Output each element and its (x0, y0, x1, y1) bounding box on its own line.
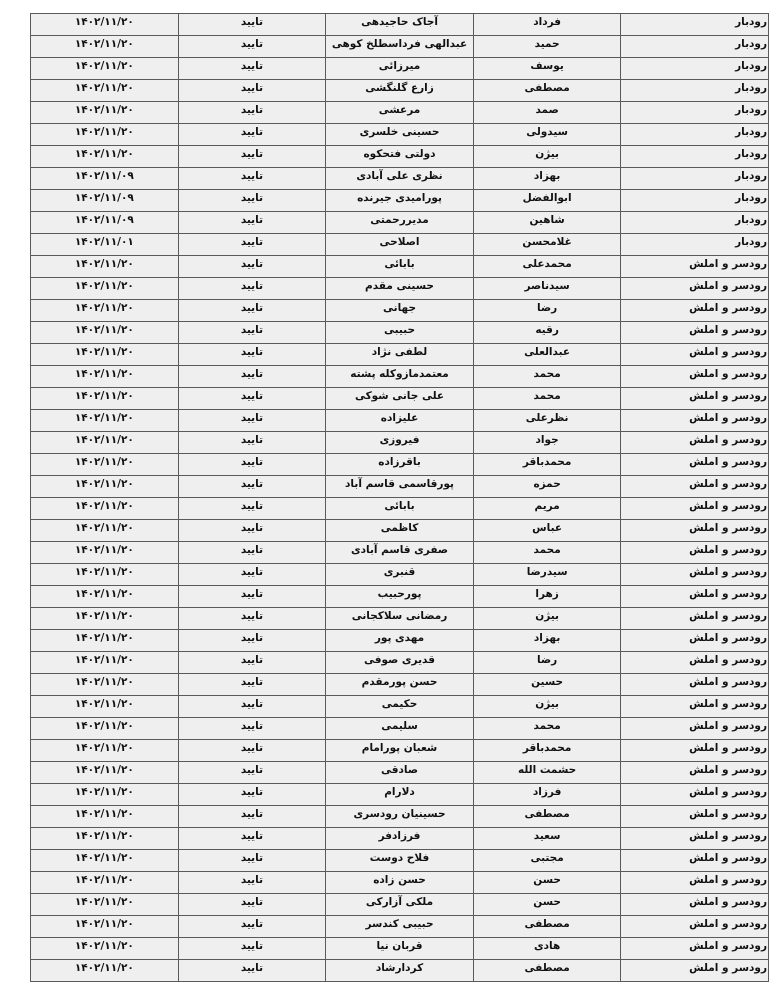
region-cell: رودسر و املش (621, 322, 769, 344)
date-cell: ۱۴۰۲/۱۱/۲۰ (31, 278, 179, 300)
region-cell: رودسر و املش (621, 828, 769, 850)
table-row: رودسر و املشزهراپورحبیبتایید۱۴۰۲/۱۱/۲۰ (31, 586, 769, 608)
last-name-cell: باقرزاده (326, 454, 474, 476)
first-name-cell: مصطفی (473, 916, 621, 938)
region-cell: رودبار (621, 102, 769, 124)
table-row: رودسر و املشسعیدفرزادفرتایید۱۴۰۲/۱۱/۲۰ (31, 828, 769, 850)
status-cell: تایید (178, 696, 326, 718)
status-cell: تایید (178, 828, 326, 850)
last-name-cell: قدیری صوفی (326, 652, 474, 674)
status-cell: تایید (178, 146, 326, 168)
last-name-cell: قربان نیا (326, 938, 474, 960)
table-row: رودبارفردادآجاک حاجیدهیتایید۱۴۰۲/۱۱/۲۰ (31, 14, 769, 36)
last-name-cell: فیروزی (326, 432, 474, 454)
first-name-cell: حسین (473, 674, 621, 696)
date-cell: ۱۴۰۲/۱۱/۲۰ (31, 102, 179, 124)
date-cell: ۱۴۰۲/۱۱/۲۰ (31, 146, 179, 168)
first-name-cell: سیدرضا (473, 564, 621, 586)
first-name-cell: شاهین (473, 212, 621, 234)
date-cell: ۱۴۰۲/۱۱/۲۰ (31, 124, 179, 146)
status-cell: تایید (178, 234, 326, 256)
region-cell: رودبار (621, 234, 769, 256)
region-cell: رودسر و املش (621, 564, 769, 586)
first-name-cell: محمدباقر (473, 740, 621, 762)
region-cell: رودسر و املش (621, 498, 769, 520)
first-name-cell: فرداد (473, 14, 621, 36)
table-row: رودسر و املشمحمدعلی جانی شوکیتایید۱۴۰۲/۱… (31, 388, 769, 410)
status-cell: تایید (178, 608, 326, 630)
last-name-cell: عبدالهی فرداسطلخ کوهی (326, 36, 474, 58)
region-cell: رودبار (621, 190, 769, 212)
date-cell: ۱۴۰۲/۱۱/۲۰ (31, 300, 179, 322)
region-cell: رودبار (621, 14, 769, 36)
date-cell: ۱۴۰۲/۱۱/۲۰ (31, 256, 179, 278)
status-cell: تایید (178, 432, 326, 454)
first-name-cell: ابوالفضل (473, 190, 621, 212)
last-name-cell: شعبان پورامام (326, 740, 474, 762)
status-cell: تایید (178, 850, 326, 872)
status-cell: تایید (178, 278, 326, 300)
region-cell: رودسر و املش (621, 740, 769, 762)
first-name-cell: مجتبی (473, 850, 621, 872)
table-row: رودسر و املشبیژنرمضانی سلاکجانیتایید۱۴۰۲… (31, 608, 769, 630)
status-cell: تایید (178, 894, 326, 916)
last-name-cell: حبیبی کندسر (326, 916, 474, 938)
region-cell: رودسر و املش (621, 300, 769, 322)
status-cell: تایید (178, 652, 326, 674)
date-cell: ۱۴۰۲/۱۱/۲۰ (31, 630, 179, 652)
first-name-cell: محمدباقر (473, 454, 621, 476)
date-cell: ۱۴۰۲/۱۱/۰۹ (31, 212, 179, 234)
status-cell: تایید (178, 740, 326, 762)
table-row: رودسر و املشرضاجهانیتایید۱۴۰۲/۱۱/۲۰ (31, 300, 769, 322)
last-name-cell: دولتی فتحکوه (326, 146, 474, 168)
date-cell: ۱۴۰۲/۱۱/۲۰ (31, 696, 179, 718)
date-cell: ۱۴۰۲/۱۱/۲۰ (31, 432, 179, 454)
date-cell: ۱۴۰۲/۱۱/۲۰ (31, 916, 179, 938)
table-row: رودسر و املشهادیقربان نیاتایید۱۴۰۲/۱۱/۲۰ (31, 938, 769, 960)
region-cell: رودسر و املش (621, 256, 769, 278)
table-row: رودسر و املشبهزادمهدی پورتایید۱۴۰۲/۱۱/۲۰ (31, 630, 769, 652)
status-cell: تایید (178, 916, 326, 938)
status-cell: تایید (178, 674, 326, 696)
last-name-cell: حسینی خلسری (326, 124, 474, 146)
region-cell: رودسر و املش (621, 674, 769, 696)
status-cell: تایید (178, 388, 326, 410)
status-cell: تایید (178, 872, 326, 894)
table-row: رودسر و املشحسنملکی آزارکیتایید۱۴۰۲/۱۱/۲… (31, 894, 769, 916)
last-name-cell: حسن زاده (326, 872, 474, 894)
table-row: رودسر و املشمحمدصفری قاسم آبادیتایید۱۴۰۲… (31, 542, 769, 564)
last-name-cell: علی جانی شوکی (326, 388, 474, 410)
first-name-cell: مصطفی (473, 960, 621, 982)
status-cell: تایید (178, 212, 326, 234)
first-name-cell: عباس (473, 520, 621, 542)
first-name-cell: جواد (473, 432, 621, 454)
status-cell: تایید (178, 322, 326, 344)
table-row: رودسر و املشحمزهپورقاسمی قاسم آبادتایید۱… (31, 476, 769, 498)
date-cell: ۱۴۰۲/۱۱/۲۰ (31, 828, 179, 850)
status-cell: تایید (178, 80, 326, 102)
region-cell: رودسر و املش (621, 938, 769, 960)
first-name-cell: محمدعلی (473, 256, 621, 278)
status-cell: تایید (178, 476, 326, 498)
first-name-cell: حشمت الله (473, 762, 621, 784)
date-cell: ۱۴۰۲/۱۱/۲۰ (31, 410, 179, 432)
region-cell: رودسر و املش (621, 366, 769, 388)
table-row: رودسر و املشسیدرضاقنبریتایید۱۴۰۲/۱۱/۲۰ (31, 564, 769, 586)
date-cell: ۱۴۰۲/۱۱/۲۰ (31, 498, 179, 520)
table-row: رودسر و املشفرزاددلارامتایید۱۴۰۲/۱۱/۲۰ (31, 784, 769, 806)
table-row: رودسر و املشرضاقدیری صوفیتایید۱۴۰۲/۱۱/۲۰ (31, 652, 769, 674)
first-name-cell: حسن (473, 894, 621, 916)
status-cell: تایید (178, 806, 326, 828)
region-cell: رودبار (621, 36, 769, 58)
status-cell: تایید (178, 366, 326, 388)
date-cell: ۱۴۰۲/۱۱/۲۰ (31, 564, 179, 586)
last-name-cell: سلیمی (326, 718, 474, 740)
table-row: رودسر و املشمحمدباقرشعبان پورامامتایید۱۴… (31, 740, 769, 762)
status-cell: تایید (178, 938, 326, 960)
date-cell: ۱۴۰۲/۱۱/۲۰ (31, 674, 179, 696)
first-name-cell: غلامحسن (473, 234, 621, 256)
table-row: رودسر و املشجوادفیروزیتایید۱۴۰۲/۱۱/۲۰ (31, 432, 769, 454)
first-name-cell: سیدولی (473, 124, 621, 146)
document-sheet: رودبارفردادآجاک حاجیدهیتایید۱۴۰۲/۱۱/۲۰رو… (30, 13, 769, 982)
status-cell: تایید (178, 256, 326, 278)
first-name-cell: محمد (473, 718, 621, 740)
region-cell: رودسر و املش (621, 278, 769, 300)
date-cell: ۱۴۰۲/۱۱/۲۰ (31, 740, 179, 762)
last-name-cell: بابائی (326, 256, 474, 278)
first-name-cell: بهزاد (473, 168, 621, 190)
first-name-cell: نظرعلی (473, 410, 621, 432)
region-cell: رودسر و املش (621, 718, 769, 740)
table-row: رودبارسیدولیحسینی خلسریتایید۱۴۰۲/۱۱/۲۰ (31, 124, 769, 146)
region-cell: رودسر و املش (621, 388, 769, 410)
region-cell: رودسر و املش (621, 652, 769, 674)
region-cell: رودسر و املش (621, 410, 769, 432)
last-name-cell: میرزائی (326, 58, 474, 80)
last-name-cell: مهدی پور (326, 630, 474, 652)
date-cell: ۱۴۰۲/۱۱/۲۰ (31, 894, 179, 916)
last-name-cell: دلارام (326, 784, 474, 806)
table-row: رودبارحمیدعبدالهی فرداسطلخ کوهیتایید۱۴۰۲… (31, 36, 769, 58)
date-cell: ۱۴۰۲/۱۱/۲۰ (31, 14, 179, 36)
date-cell: ۱۴۰۲/۱۱/۰۱ (31, 234, 179, 256)
region-cell: رودسر و املش (621, 608, 769, 630)
date-cell: ۱۴۰۲/۱۱/۲۰ (31, 960, 179, 982)
first-name-cell: حمید (473, 36, 621, 58)
first-name-cell: یوسف (473, 58, 621, 80)
last-name-cell: آجاک حاجیدهی (326, 14, 474, 36)
date-cell: ۱۴۰۲/۱۱/۲۰ (31, 454, 179, 476)
region-cell: رودسر و املش (621, 960, 769, 982)
last-name-cell: حبیبی (326, 322, 474, 344)
status-cell: تایید (178, 58, 326, 80)
table-row: رودسر و املشمحمدسلیمیتایید۱۴۰۲/۱۱/۲۰ (31, 718, 769, 740)
last-name-cell: حسینی مقدم (326, 278, 474, 300)
region-cell: رودسر و املش (621, 806, 769, 828)
status-cell: تایید (178, 960, 326, 982)
first-name-cell: بیژن (473, 696, 621, 718)
table-row: رودسر و املشنظرعلیعلیزادهتایید۱۴۰۲/۱۱/۲۰ (31, 410, 769, 432)
region-cell: رودسر و املش (621, 784, 769, 806)
last-name-cell: حسینیان رودسری (326, 806, 474, 828)
first-name-cell: رضا (473, 300, 621, 322)
table-row: رودسر و املشمصطفیحسینیان رودسریتایید۱۴۰۲… (31, 806, 769, 828)
first-name-cell: بیژن (473, 608, 621, 630)
table-row: رودسر و املشمصطفیکردارشادتایید۱۴۰۲/۱۱/۲۰ (31, 960, 769, 982)
date-cell: ۱۴۰۲/۱۱/۲۰ (31, 36, 179, 58)
last-name-cell: اصلاحی (326, 234, 474, 256)
table-row: رودباریوسفمیرزائیتایید۱۴۰۲/۱۱/۲۰ (31, 58, 769, 80)
last-name-cell: صفری قاسم آبادی (326, 542, 474, 564)
last-name-cell: ملکی آزارکی (326, 894, 474, 916)
last-name-cell: مدیررحمتی (326, 212, 474, 234)
last-name-cell: رمضانی سلاکجانی (326, 608, 474, 630)
date-cell: ۱۴۰۲/۱۱/۲۰ (31, 388, 179, 410)
last-name-cell: کاظمی (326, 520, 474, 542)
table-row: رودباربهزادنظری علی آبادیتایید۱۴۰۲/۱۱/۰۹ (31, 168, 769, 190)
status-cell: تایید (178, 762, 326, 784)
region-cell: رودبار (621, 124, 769, 146)
last-name-cell: پورامیدی جیرنده (326, 190, 474, 212)
date-cell: ۱۴۰۲/۱۱/۲۰ (31, 762, 179, 784)
region-cell: رودبار (621, 80, 769, 102)
last-name-cell: حکیمی (326, 696, 474, 718)
date-cell: ۱۴۰۲/۱۱/۲۰ (31, 344, 179, 366)
first-name-cell: فرزاد (473, 784, 621, 806)
table-row: رودسر و املشرقیهحبیبیتایید۱۴۰۲/۱۱/۲۰ (31, 322, 769, 344)
table-row: رودسر و املشسیدناصرحسینی مقدمتایید۱۴۰۲/۱… (31, 278, 769, 300)
first-name-cell: محمد (473, 542, 621, 564)
region-cell: رودسر و املش (621, 630, 769, 652)
status-cell: تایید (178, 168, 326, 190)
status-cell: تایید (178, 344, 326, 366)
last-name-cell: کردارشاد (326, 960, 474, 982)
status-cell: تایید (178, 564, 326, 586)
first-name-cell: زهرا (473, 586, 621, 608)
first-name-cell: حمزه (473, 476, 621, 498)
table-row: رودسر و املشعبدالعلیلطفی نژادتایید۱۴۰۲/۱… (31, 344, 769, 366)
date-cell: ۱۴۰۲/۱۱/۲۰ (31, 938, 179, 960)
table-row: رودسر و املشعباسکاظمیتایید۱۴۰۲/۱۱/۲۰ (31, 520, 769, 542)
last-name-cell: لطفی نژاد (326, 344, 474, 366)
table-row: رودباربیژندولتی فتحکوهتایید۱۴۰۲/۱۱/۲۰ (31, 146, 769, 168)
region-cell: رودسر و املش (621, 432, 769, 454)
first-name-cell: رقیه (473, 322, 621, 344)
last-name-cell: نظری علی آبادی (326, 168, 474, 190)
region-cell: رودسر و املش (621, 520, 769, 542)
first-name-cell: مصطفی (473, 806, 621, 828)
last-name-cell: فرزادفر (326, 828, 474, 850)
region-cell: رودسر و املش (621, 894, 769, 916)
date-cell: ۱۴۰۲/۱۱/۲۰ (31, 652, 179, 674)
last-name-cell: صادقی (326, 762, 474, 784)
date-cell: ۱۴۰۲/۱۱/۲۰ (31, 850, 179, 872)
region-cell: رودسر و املش (621, 344, 769, 366)
last-name-cell: زارع گلنگشی (326, 80, 474, 102)
region-cell: رودبار (621, 58, 769, 80)
date-cell: ۱۴۰۲/۱۱/۲۰ (31, 366, 179, 388)
table-row: رودسر و املشمحمدباقرباقرزادهتایید۱۴۰۲/۱۱… (31, 454, 769, 476)
region-cell: رودسر و املش (621, 850, 769, 872)
region-cell: رودبار (621, 168, 769, 190)
table-body: رودبارفردادآجاک حاجیدهیتایید۱۴۰۲/۱۱/۲۰رو… (31, 14, 769, 982)
date-cell: ۱۴۰۲/۱۱/۲۰ (31, 586, 179, 608)
region-cell: رودسر و املش (621, 916, 769, 938)
last-name-cell: فلاح دوست (326, 850, 474, 872)
first-name-cell: محمد (473, 366, 621, 388)
table-row: رودسر و املشمحمدعلیبابائیتایید۱۴۰۲/۱۱/۲۰ (31, 256, 769, 278)
first-name-cell: عبدالعلی (473, 344, 621, 366)
status-cell: تایید (178, 630, 326, 652)
status-cell: تایید (178, 102, 326, 124)
date-cell: ۱۴۰۲/۱۱/۲۰ (31, 542, 179, 564)
table-row: رودسر و املشحسنحسن زادهتایید۱۴۰۲/۱۱/۲۰ (31, 872, 769, 894)
status-cell: تایید (178, 542, 326, 564)
last-name-cell: جهانی (326, 300, 474, 322)
status-cell: تایید (178, 784, 326, 806)
first-name-cell: سعید (473, 828, 621, 850)
results-table: رودبارفردادآجاک حاجیدهیتایید۱۴۰۲/۱۱/۲۰رو… (30, 13, 769, 982)
table-row: رودسر و املشمحمدمعتمدمازوکله پشتهتایید۱۴… (31, 366, 769, 388)
region-cell: رودسر و املش (621, 762, 769, 784)
region-cell: رودسر و املش (621, 696, 769, 718)
first-name-cell: حسن (473, 872, 621, 894)
region-cell: رودسر و املش (621, 476, 769, 498)
date-cell: ۱۴۰۲/۱۱/۰۹ (31, 168, 179, 190)
last-name-cell: پورحبیب (326, 586, 474, 608)
status-cell: تایید (178, 410, 326, 432)
first-name-cell: هادی (473, 938, 621, 960)
table-row: رودسر و املشمصطفیحبیبی کندسرتایید۱۴۰۲/۱۱… (31, 916, 769, 938)
date-cell: ۱۴۰۲/۱۱/۲۰ (31, 608, 179, 630)
last-name-cell: قنبری (326, 564, 474, 586)
status-cell: تایید (178, 36, 326, 58)
date-cell: ۱۴۰۲/۱۱/۲۰ (31, 718, 179, 740)
status-cell: تایید (178, 454, 326, 476)
last-name-cell: بابائی (326, 498, 474, 520)
region-cell: رودبار (621, 146, 769, 168)
date-cell: ۱۴۰۲/۱۱/۲۰ (31, 520, 179, 542)
table-row: رودبارشاهینمدیررحمتیتایید۱۴۰۲/۱۱/۰۹ (31, 212, 769, 234)
status-cell: تایید (178, 718, 326, 740)
table-row: رودسر و املشحسینحسن پورمقدمتایید۱۴۰۲/۱۱/… (31, 674, 769, 696)
first-name-cell: مریم (473, 498, 621, 520)
last-name-cell: معتمدمازوکله پشته (326, 366, 474, 388)
last-name-cell: مرعشی (326, 102, 474, 124)
last-name-cell: حسن پورمقدم (326, 674, 474, 696)
first-name-cell: محمد (473, 388, 621, 410)
status-cell: تایید (178, 190, 326, 212)
status-cell: تایید (178, 300, 326, 322)
region-cell: رودسر و املش (621, 542, 769, 564)
region-cell: رودسر و املش (621, 586, 769, 608)
table-row: رودبارمصطفیزارع گلنگشیتایید۱۴۰۲/۱۱/۲۰ (31, 80, 769, 102)
date-cell: ۱۴۰۲/۱۱/۰۹ (31, 190, 179, 212)
table-row: رودبارصمدمرعشیتایید۱۴۰۲/۱۱/۲۰ (31, 102, 769, 124)
last-name-cell: علیزاده (326, 410, 474, 432)
table-row: رودسر و املشمجتبیفلاح دوستتایید۱۴۰۲/۱۱/۲… (31, 850, 769, 872)
date-cell: ۱۴۰۲/۱۱/۲۰ (31, 80, 179, 102)
status-cell: تایید (178, 520, 326, 542)
date-cell: ۱۴۰۲/۱۱/۲۰ (31, 322, 179, 344)
status-cell: تایید (178, 586, 326, 608)
date-cell: ۱۴۰۲/۱۱/۲۰ (31, 806, 179, 828)
first-name-cell: بیژن (473, 146, 621, 168)
first-name-cell: مصطفی (473, 80, 621, 102)
region-cell: رودبار (621, 212, 769, 234)
table-row: رودسر و املشبیژنحکیمیتایید۱۴۰۲/۱۱/۲۰ (31, 696, 769, 718)
table-row: رودسر و املشمریمبابائیتایید۱۴۰۲/۱۱/۲۰ (31, 498, 769, 520)
table-row: رودبارابوالفضلپورامیدی جیرندهتایید۱۴۰۲/۱… (31, 190, 769, 212)
date-cell: ۱۴۰۲/۱۱/۲۰ (31, 476, 179, 498)
table-row: رودبارغلامحسناصلاحیتایید۱۴۰۲/۱۱/۰۱ (31, 234, 769, 256)
status-cell: تایید (178, 124, 326, 146)
first-name-cell: بهزاد (473, 630, 621, 652)
first-name-cell: رضا (473, 652, 621, 674)
table-row: رودسر و املشحشمت اللهصادقیتایید۱۴۰۲/۱۱/۲… (31, 762, 769, 784)
region-cell: رودسر و املش (621, 872, 769, 894)
last-name-cell: پورقاسمی قاسم آباد (326, 476, 474, 498)
date-cell: ۱۴۰۲/۱۱/۲۰ (31, 784, 179, 806)
date-cell: ۱۴۰۲/۱۱/۲۰ (31, 58, 179, 80)
region-cell: رودسر و املش (621, 454, 769, 476)
first-name-cell: سیدناصر (473, 278, 621, 300)
date-cell: ۱۴۰۲/۱۱/۲۰ (31, 872, 179, 894)
status-cell: تایید (178, 498, 326, 520)
status-cell: تایید (178, 14, 326, 36)
first-name-cell: صمد (473, 102, 621, 124)
